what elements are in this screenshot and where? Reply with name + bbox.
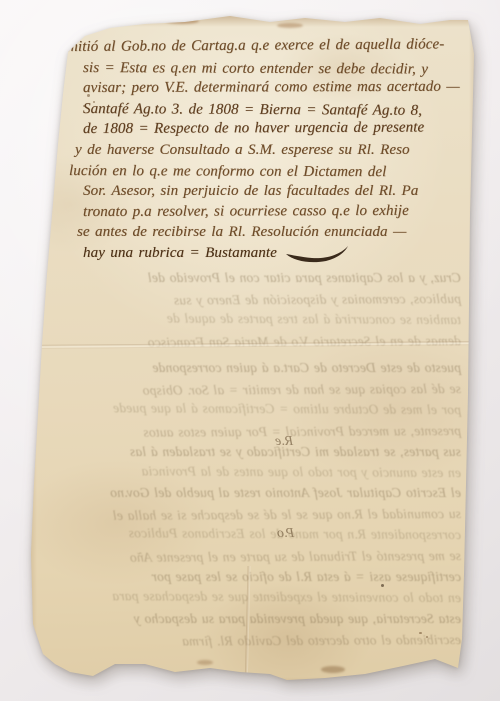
bleedthrough-line: sus partes, se traslade mi Certificado y… xyxy=(49,442,461,463)
bleedthrough-line: certifiquese assi = á esta R.l de oficio… xyxy=(49,567,461,588)
edge-stain xyxy=(197,660,213,665)
bleedthrough-line: el Escrito Capitular Josef Antonio reste… xyxy=(49,483,461,504)
paper-sheet: Cruz, y a los Capitanes para citar con e… xyxy=(25,14,478,692)
edge-stain xyxy=(165,18,199,24)
verso-bleedthrough-lower: puesto de este Decreto de Cart.a á quien… xyxy=(49,358,461,651)
signature-line: hay una rubrica = Bustamante xyxy=(83,243,471,264)
manuscript-text-block: mitió al Gob.no de Cartag.a q.e exerce e… xyxy=(83,37,471,264)
bleedthrough-line: tambien se concurrirá á las tres partes … xyxy=(49,307,461,330)
bleedthrough-dark-mark: R.e xyxy=(275,434,293,450)
bleedthrough-line: escribiendo el otro decreto del Cavildo … xyxy=(49,630,461,653)
bleedthrough-line: puesto de este Decreto de Cart.a á quien… xyxy=(49,358,461,379)
bleedthrough-line: presente, su merced Provincial = Por qui… xyxy=(49,421,461,444)
verso-bleedthrough-upper: Cruz, y a los Capitanes para citar con e… xyxy=(49,267,461,351)
manuscript-line: mitió al Gob.no de Cartag.a q.e exerce e… xyxy=(67,34,471,57)
stain-speck xyxy=(426,636,428,638)
manuscript-line: tronato p.a resolver, si ocurriese casso… xyxy=(83,200,471,222)
manuscript-line: lución en lo q.e me conformo con el Dict… xyxy=(69,161,471,183)
manuscript-line: avisar; pero V.E. determinará como estim… xyxy=(83,77,471,99)
signature-text: hay una rubrica = Bustamante xyxy=(83,243,277,264)
photo-backdrop: Cruz, y a los Capitanes para citar con e… xyxy=(0,0,500,701)
manuscript-line: Sor. Asesor, sin perjuicio de las facult… xyxy=(83,181,471,202)
stain-speck xyxy=(83,105,85,107)
bleedthrough-line: Cruz, y a los Capitanes para citar con e… xyxy=(49,267,461,288)
bleedthrough-line: esta Secretaria, que queda prevenida par… xyxy=(49,609,461,630)
stain-speck xyxy=(419,632,422,634)
bleedthrough-line: en este anuncio y por todo lo que antes … xyxy=(49,460,461,483)
bleedthrough-line: por el mes de Octubre ultimo = Certifica… xyxy=(49,398,461,421)
bleedthrough-line: en todo lo conveniente el expediente que… xyxy=(49,586,461,609)
stain-speck xyxy=(87,94,90,97)
bleedthrough-line: correspondiente R.n por mano de los Escr… xyxy=(49,523,461,546)
stain-speck xyxy=(381,584,384,587)
bleedthrough-dark-mark: P.o xyxy=(277,526,294,542)
bleedthrough-line: se me presentó el Tribunal de su parte e… xyxy=(49,546,461,569)
stain-speck xyxy=(93,101,95,103)
signature-rubric-flourish-icon xyxy=(284,245,350,265)
manuscript-line: se antes de recibirse la Rl. Resolución … xyxy=(77,222,471,243)
manuscript-line: de 1808 = Respecto de no haver urgencia … xyxy=(83,118,471,140)
edge-stain xyxy=(321,666,345,673)
manuscript-page: Cruz, y a los Capitanes para citar con e… xyxy=(25,14,478,692)
manuscript-line: y de haverse Consultado a S.M. esperese … xyxy=(75,140,471,161)
edge-stain xyxy=(277,23,303,28)
